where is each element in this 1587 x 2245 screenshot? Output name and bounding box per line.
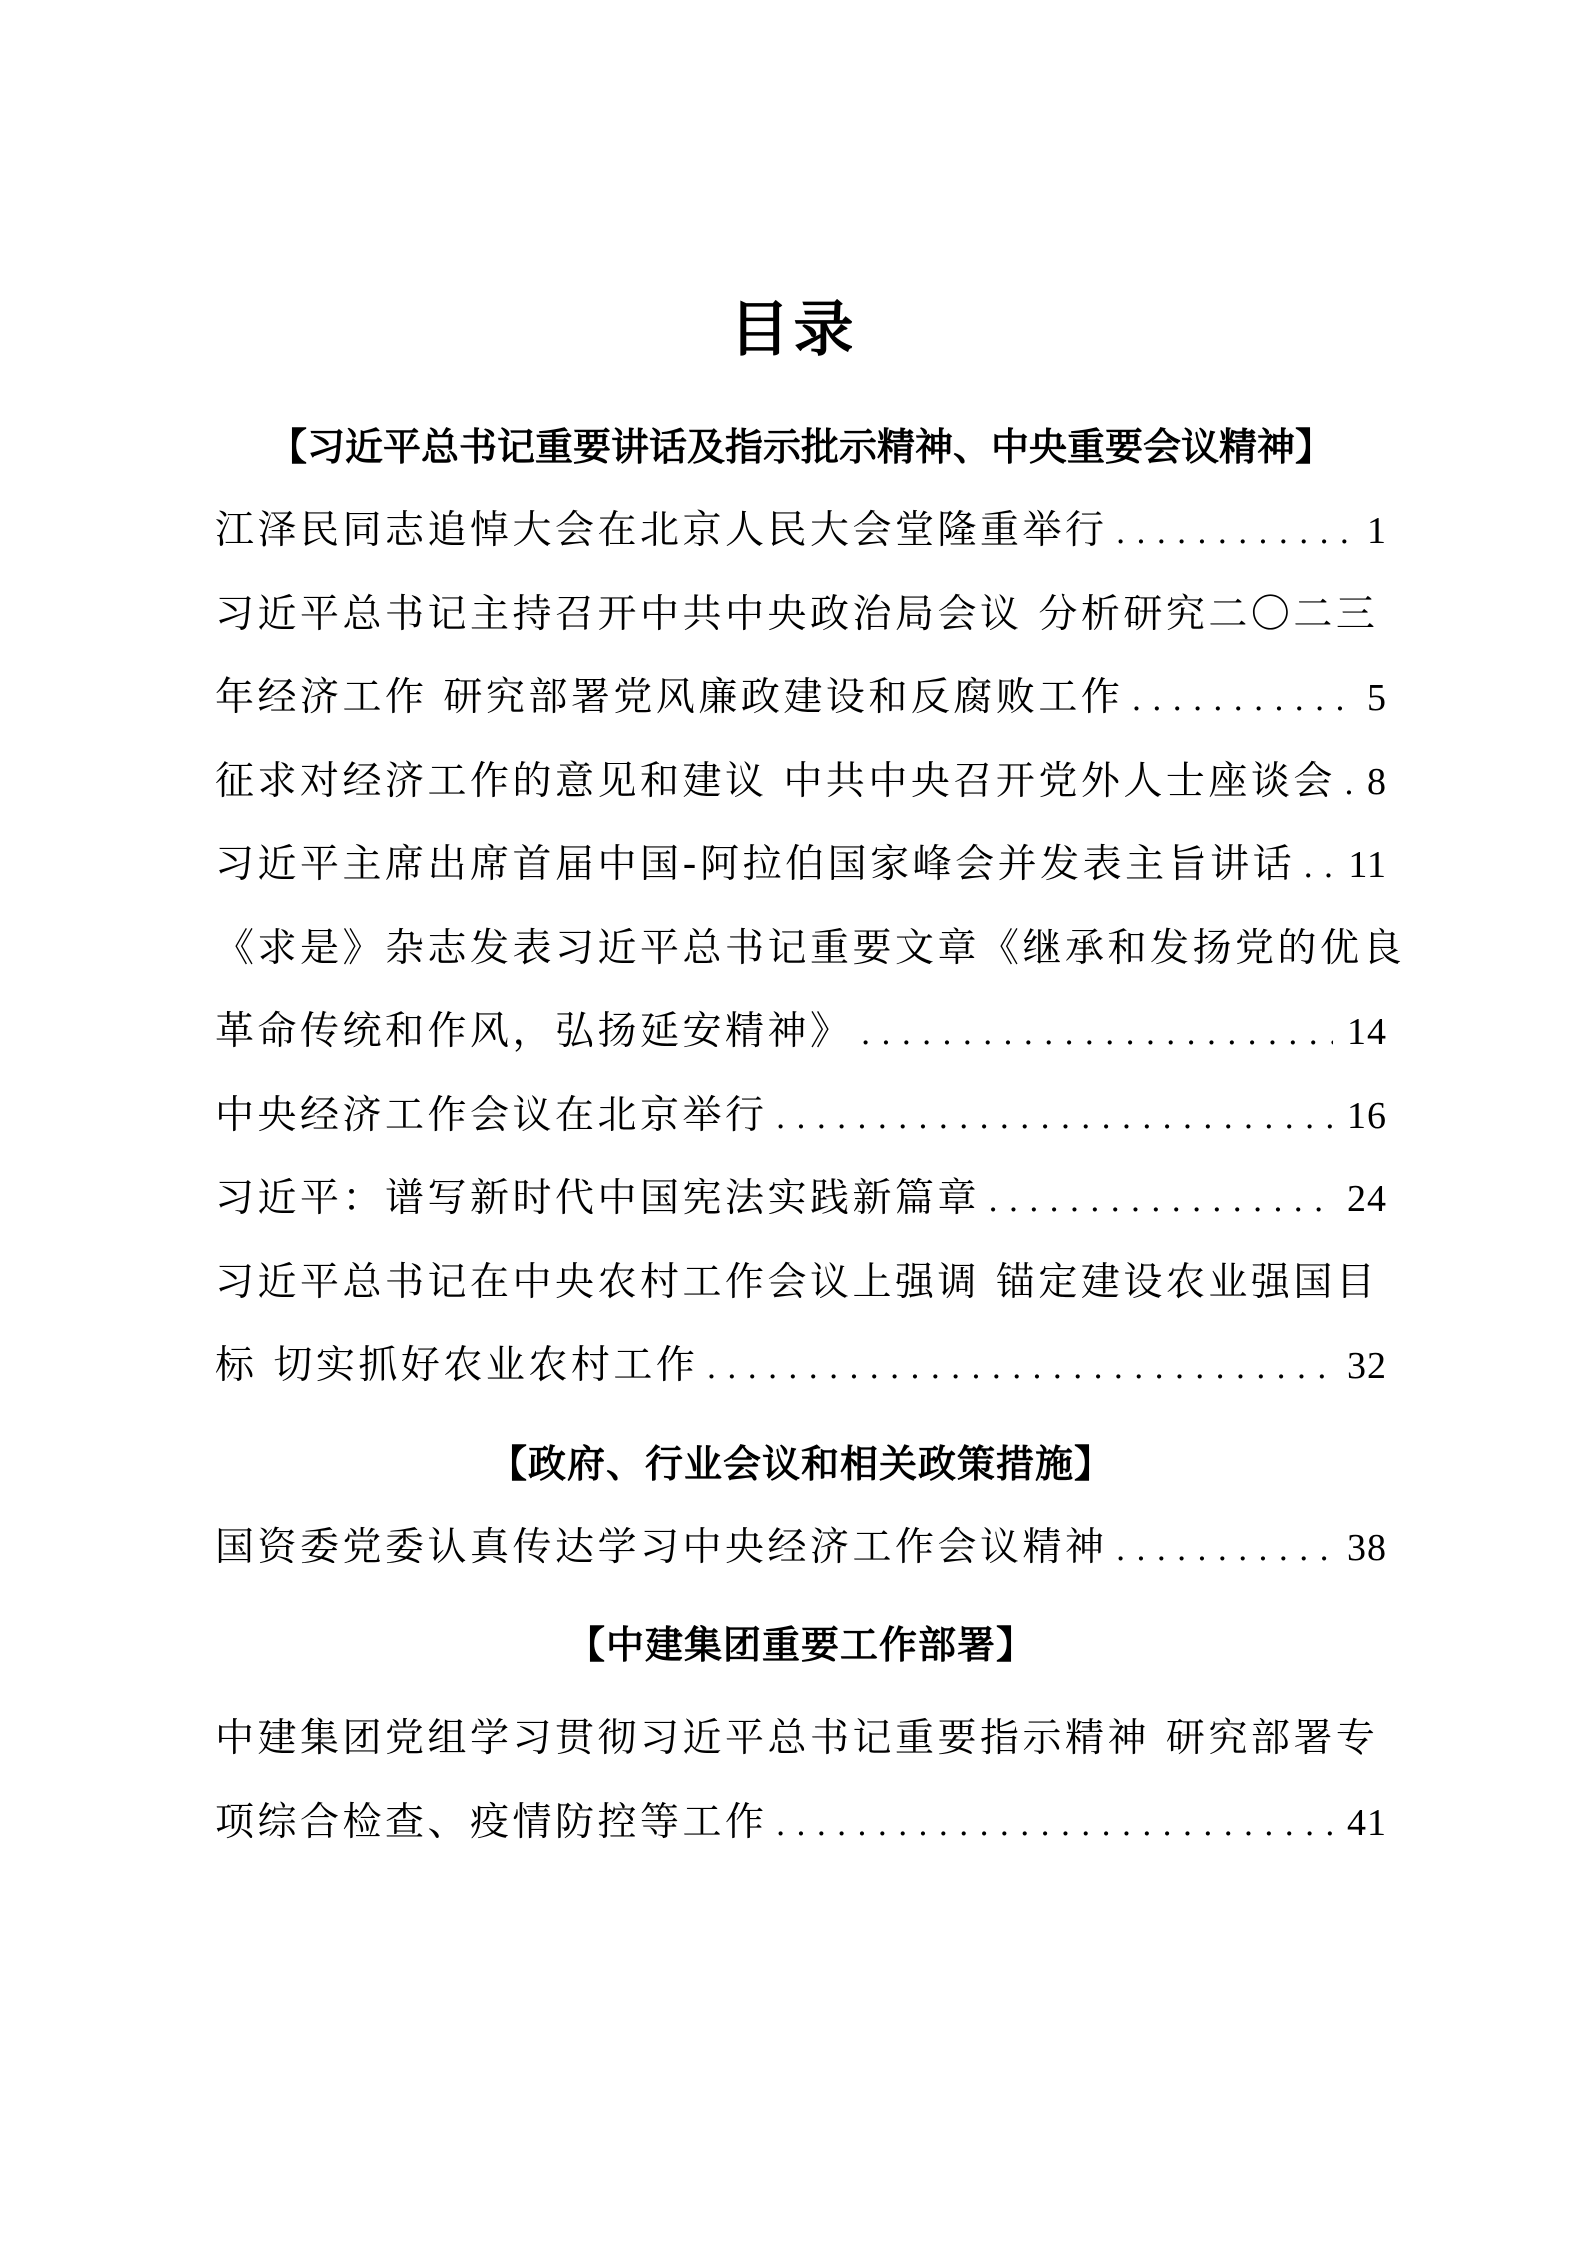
- toc-entry[interactable]: 习近平总书记在中央农村工作会议上强调 锚定建设农业强国目 标 切实抓好农业农村工…: [215, 1241, 1387, 1408]
- toc-entry-title-cont: 标 切实抓好农业农村工作: [215, 1324, 698, 1408]
- toc-entry[interactable]: 《求是》杂志发表习近平总书记重要文章《继承和发扬党的优良 革命传统和作风，弘扬延…: [215, 907, 1387, 1074]
- toc-entry-line: 标 切实抓好农业农村工作 32: [215, 1324, 1387, 1408]
- dot-leader: [861, 992, 1333, 1076]
- toc-entry-title: 《求是》杂志发表习近平总书记重要文章《继承和发扬党的优良: [215, 907, 1405, 991]
- toc-entry-title-cont: 年经济工作 研究部署党风廉政建设和反腐败工作: [215, 656, 1123, 740]
- toc-section-government: 【政府、行业会议和相关政策措施】 国资委党委认真传达学习中央经济工作会议精神 3…: [215, 1422, 1387, 1590]
- section-heading: 【习近平总书记重要讲话及指示批示精神、中央重要会议精神】: [207, 405, 1395, 489]
- toc-entry-line: 中建集团党组学习贯彻习近平总书记重要指示精神 研究部署专: [215, 1697, 1387, 1781]
- toc-entry-line: 国资委党委认真传达学习中央经济工作会议精神 38: [215, 1506, 1387, 1590]
- toc-entry-page: 24: [1347, 1158, 1387, 1242]
- toc-entry-line: 项综合检查、疫情防控等工作 41: [215, 1781, 1387, 1865]
- toc-entry-page: 8: [1367, 741, 1387, 825]
- toc-title: 目录: [0, 290, 1587, 370]
- dot-leader: [776, 1783, 1333, 1867]
- toc-entry-line: 习近平总书记在中央农村工作会议上强调 锚定建设农业强国目: [215, 1241, 1387, 1325]
- toc-entry-page: 14: [1347, 991, 1387, 1075]
- toc-entry-title: 习近平主席出席首届中国-阿拉伯国家峰会并发表主旨讲话: [215, 823, 1295, 907]
- toc-entry-line: 年经济工作 研究部署党风廉政建设和反腐败工作 5: [215, 656, 1387, 740]
- toc-entry-line: 习近平主席出席首届中国-阿拉伯国家峰会并发表主旨讲话 11: [215, 823, 1387, 907]
- toc-section-cscec: 【中建集团重要工作部署】 中建集团党组学习贯彻习近平总书记重要指示精神 研究部署…: [215, 1603, 1387, 1864]
- toc-entry-page: 41: [1347, 1782, 1387, 1866]
- toc-entry-title: 中建集团党组学习贯彻习近平总书记重要指示精神 研究部署专: [215, 1697, 1378, 1781]
- dot-leader: [776, 1076, 1333, 1160]
- toc-entry-title: 征求对经济工作的意见和建议 中共中央召开党外人士座谈会: [215, 740, 1336, 824]
- toc-entry-title: 习近平总书记主持召开中共中央政治局会议 分析研究二〇二三: [215, 573, 1378, 657]
- section-heading: 【中建集团重要工作部署】: [215, 1603, 1387, 1687]
- toc-entry-title: 中央经济工作会议在北京举行: [215, 1074, 768, 1158]
- toc-entry-title-cont: 项综合检查、疫情防控等工作: [215, 1781, 768, 1865]
- toc-body: 【习近平总书记重要讲话及指示批示精神、中央重要会议精神】 江泽民同志追悼大会在北…: [215, 405, 1387, 1864]
- toc-entry-page: 11: [1348, 824, 1387, 908]
- toc-entry-line: 习近平总书记主持召开中共中央政治局会议 分析研究二〇二三: [215, 573, 1387, 657]
- toc-entry-line: 江泽民同志追悼大会在北京人民大会堂隆重举行 1: [215, 489, 1387, 573]
- toc-entry-page: 16: [1347, 1075, 1387, 1159]
- toc-entry[interactable]: 中央经济工作会议在北京举行 16: [215, 1074, 1387, 1158]
- toc-entry-line: 征求对经济工作的意见和建议 中共中央召开党外人士座谈会 8: [215, 740, 1387, 824]
- toc-entry-line: 革命传统和作风，弘扬延安精神》 14: [215, 990, 1387, 1074]
- toc-entry[interactable]: 习近平：谱写新时代中国宪法实践新篇章 24: [215, 1157, 1387, 1241]
- dot-leader: [1116, 1508, 1333, 1592]
- toc-entry-page: 5: [1367, 657, 1387, 741]
- toc-entry-title: 习近平：谱写新时代中国宪法实践新篇章: [215, 1157, 980, 1241]
- toc-entry-page: 1: [1367, 490, 1387, 574]
- dot-leader: [1131, 658, 1353, 742]
- toc-entry-line: 习近平：谱写新时代中国宪法实践新篇章 24: [215, 1157, 1387, 1241]
- toc-section-central: 【习近平总书记重要讲话及指示批示精神、中央重要会议精神】 江泽民同志追悼大会在北…: [215, 405, 1387, 1408]
- toc-entry-page: 32: [1347, 1325, 1387, 1409]
- toc-entry-page: 38: [1347, 1507, 1387, 1591]
- toc-entry-title: 江泽民同志追悼大会在北京人民大会堂隆重举行: [215, 489, 1108, 573]
- document-page: 目录 【习近平总书记重要讲话及指示批示精神、中央重要会议精神】 江泽民同志追悼大…: [0, 0, 1587, 2245]
- toc-entry[interactable]: 国资委党委认真传达学习中央经济工作会议精神 38: [215, 1506, 1387, 1590]
- dot-leader: [1116, 491, 1353, 575]
- dot-leader: [1303, 825, 1334, 909]
- toc-entry-title: 习近平总书记在中央农村工作会议上强调 锚定建设农业强国目: [215, 1241, 1378, 1325]
- dot-leader: [706, 1326, 1333, 1410]
- toc-entry[interactable]: 征求对经济工作的意见和建议 中共中央召开党外人士座谈会 8: [215, 740, 1387, 824]
- toc-entry-line: 中央经济工作会议在北京举行 16: [215, 1074, 1387, 1158]
- toc-entry[interactable]: 江泽民同志追悼大会在北京人民大会堂隆重举行 1: [215, 489, 1387, 573]
- toc-entry-line: 《求是》杂志发表习近平总书记重要文章《继承和发扬党的优良: [215, 907, 1387, 991]
- toc-entry[interactable]: 中建集团党组学习贯彻习近平总书记重要指示精神 研究部署专 项综合检查、疫情防控等…: [215, 1697, 1387, 1864]
- toc-entry-title-cont: 革命传统和作风，弘扬延安精神》: [215, 990, 853, 1074]
- dot-leader: [988, 1159, 1333, 1243]
- dot-leader: [1344, 742, 1353, 826]
- toc-entry[interactable]: 习近平主席出席首届中国-阿拉伯国家峰会并发表主旨讲话 11: [215, 823, 1387, 907]
- section-heading: 【政府、行业会议和相关政策措施】: [215, 1422, 1387, 1506]
- toc-entry-title: 国资委党委认真传达学习中央经济工作会议精神: [215, 1506, 1108, 1590]
- section-gap: [215, 1687, 1387, 1697]
- toc-entry[interactable]: 习近平总书记主持召开中共中央政治局会议 分析研究二〇二三 年经济工作 研究部署党…: [215, 573, 1387, 740]
